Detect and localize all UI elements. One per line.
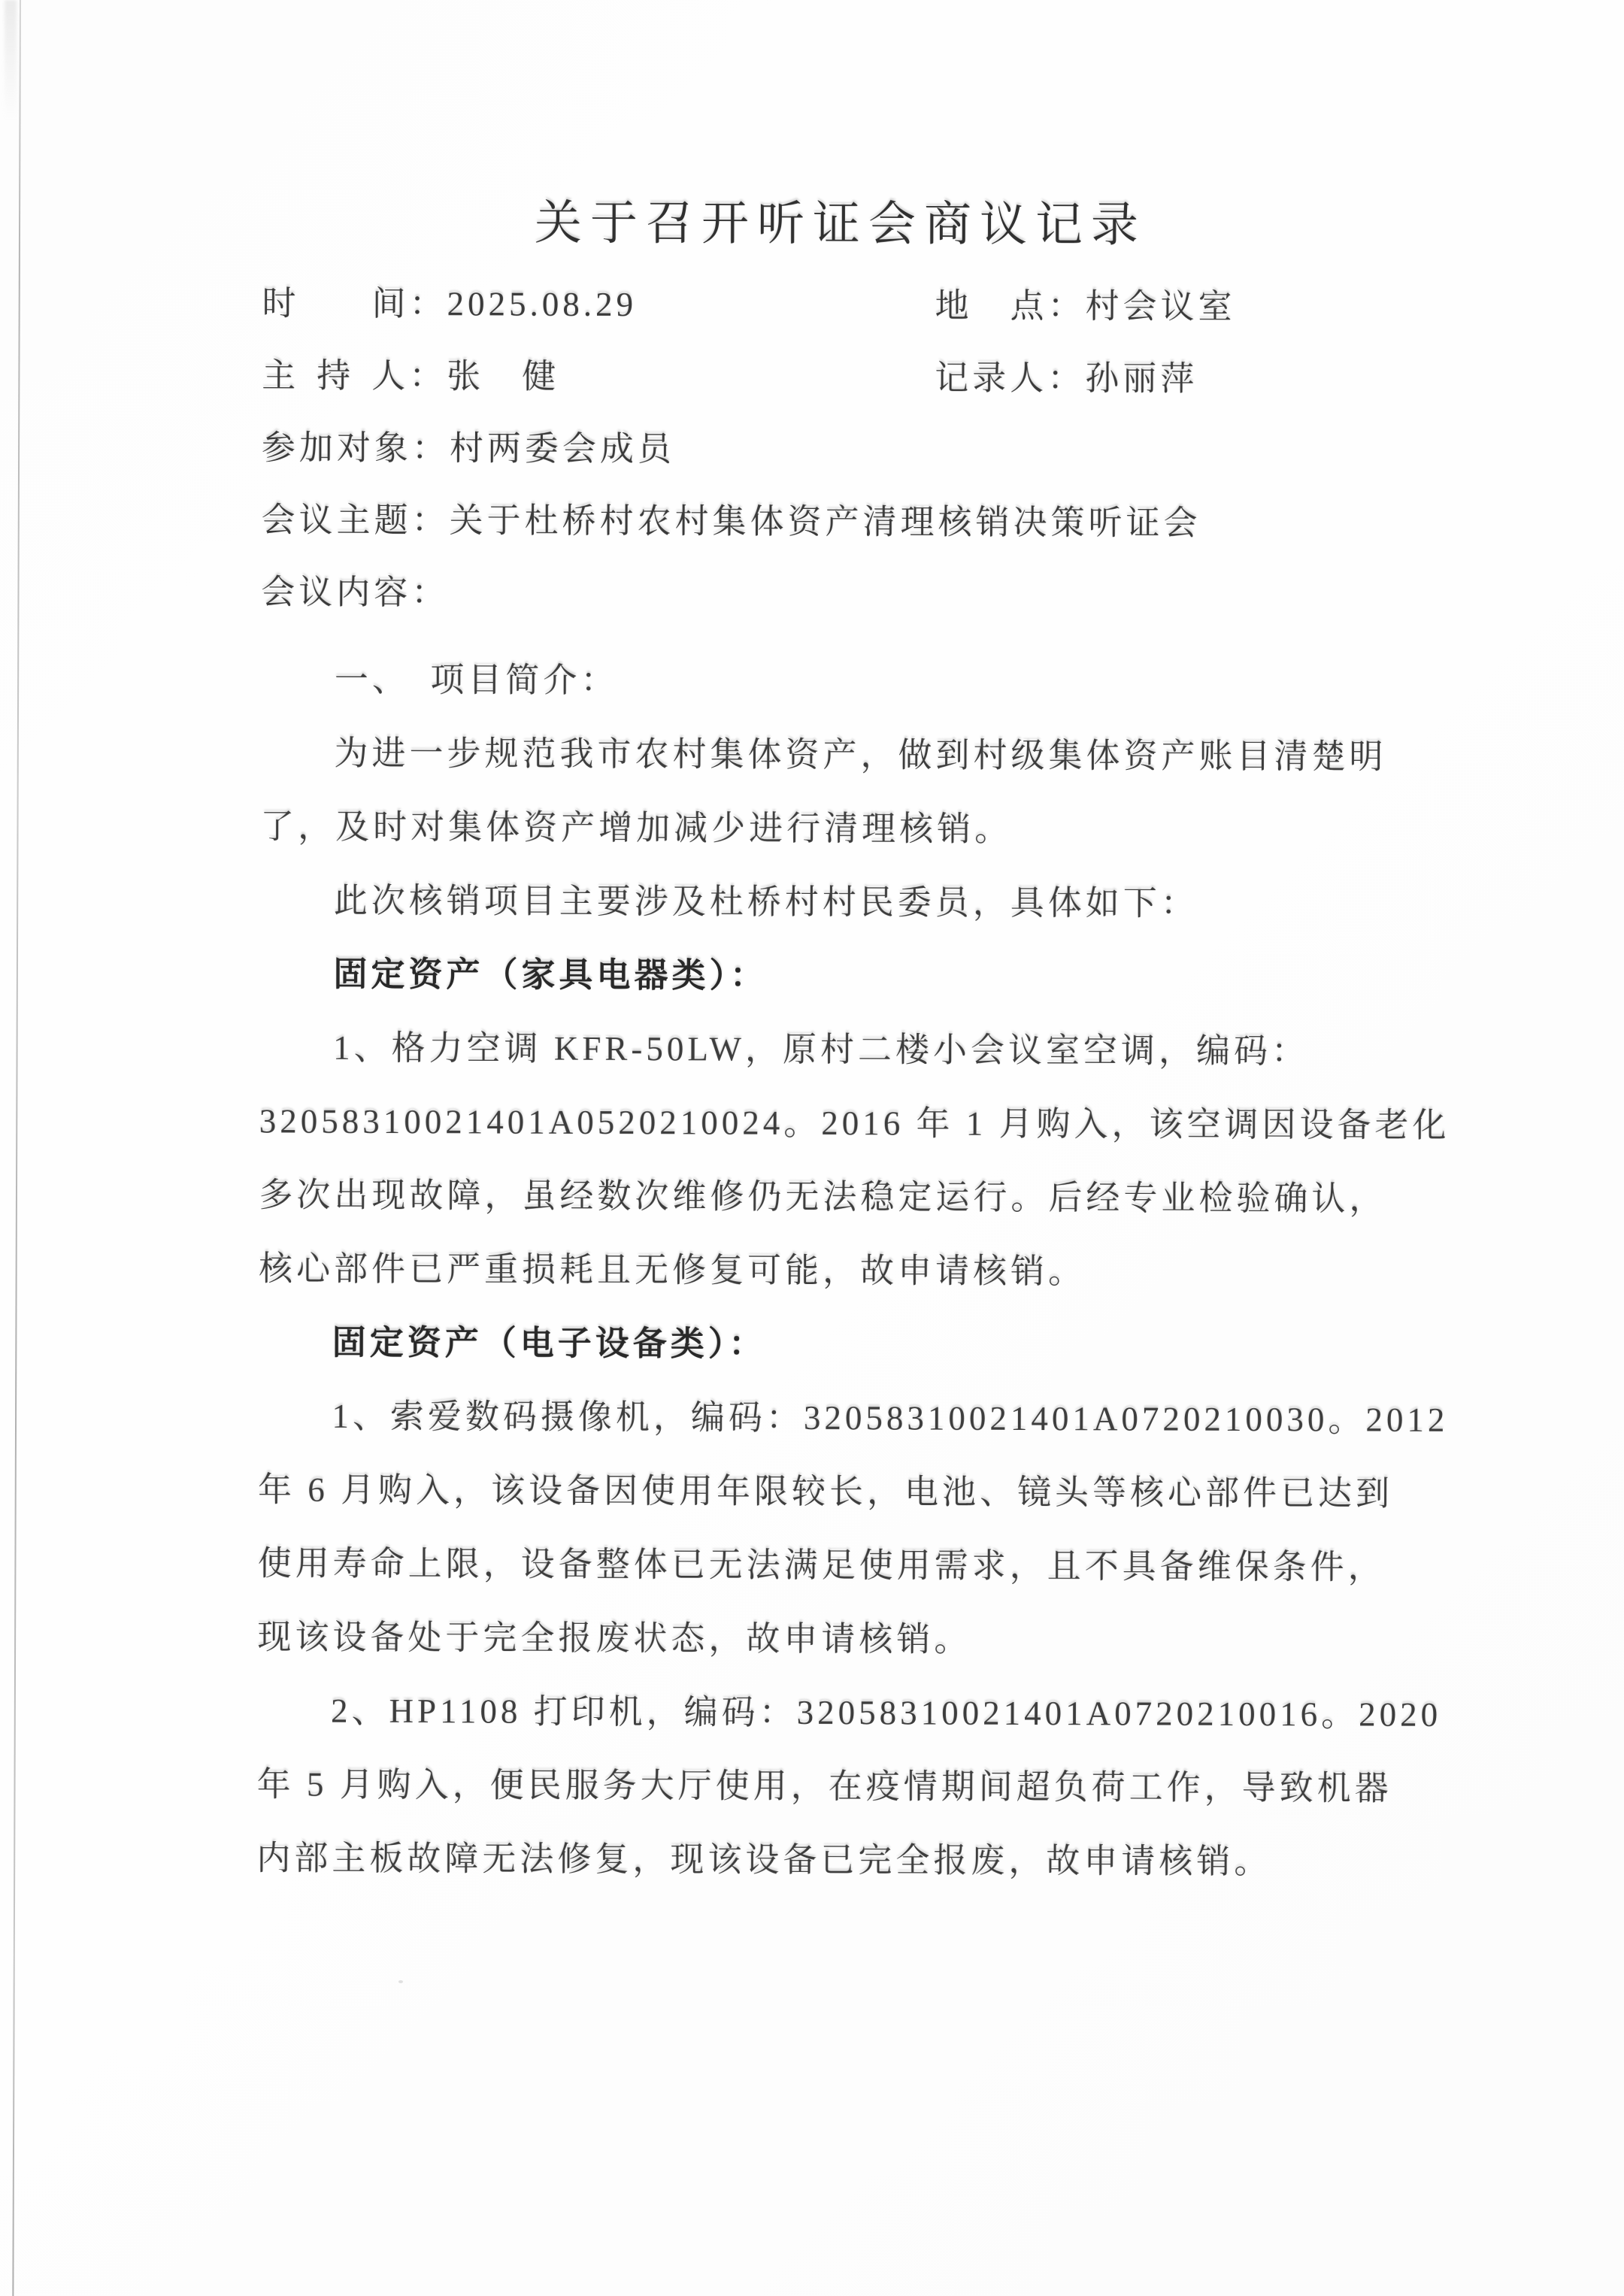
body-line: 32058310021401A0520210024。2016 年 1 月购入，该… — [259, 1084, 1477, 1162]
participants-value: 村两委会成员 — [450, 429, 675, 468]
body-line: 此次核销项目主要涉及杜桥村村民委员，具体如下： — [260, 863, 1478, 941]
body-line: 一、 项目简介： — [261, 642, 1479, 720]
host-field: 主持人：张 健 — [262, 356, 559, 395]
place-value: 村会议室 — [1086, 287, 1236, 326]
subject-value: 关于杜桥村农村集体资产清理核销决策听证会 — [450, 501, 1201, 541]
subject-colon: ： — [412, 501, 450, 539]
body-line: 2、HP1108 打印机，编码：32058310021401A072021001… — [257, 1674, 1475, 1752]
participants-field: 参加对象：村两委会成员 — [262, 429, 675, 468]
meta-row-host-recorder: 主持人：张 健 记录人：孙丽萍 — [262, 339, 1480, 416]
subject-label: 会议主题 — [261, 501, 411, 539]
body-line: 1、索爱数码摄像机，编码：32058310021401A0720210030。2… — [258, 1379, 1476, 1457]
place-field: 地点：村会议室 — [935, 270, 1235, 343]
content-field: 会议内容： — [261, 573, 449, 611]
body-line: 为进一步规范我市农村集体资产，做到村级集体资产账目清楚明 — [260, 716, 1478, 794]
body-line: 年 6 月购入，该设备因使用年限较长，电池、镜头等核心部件已达到 — [258, 1452, 1476, 1531]
recorder-colon: ： — [1047, 359, 1085, 397]
recorder-field: 记录人：孙丽萍 — [935, 342, 1198, 415]
body-line: 内部主板故障无法修复，现该设备已完全报废，故申请核销。 — [256, 1821, 1474, 1899]
meta-row-time-place: 时间：2025.08.29 地点：村会议室 — [262, 267, 1480, 344]
document-title: 关于召开听证会商议记录 — [29, 195, 1624, 253]
body-line-section-header: 固定资产（家具电器类）： — [259, 937, 1477, 1015]
recorder-value: 孙丽萍 — [1085, 359, 1198, 398]
body-line: 现该设备处于完全报废状态，故申请核销。 — [257, 1600, 1475, 1678]
host-value: 张 健 — [447, 357, 559, 395]
place-label: 地点 — [935, 270, 1047, 343]
body-line: 了，及时对集体资产增加减少进行清理核销。 — [260, 789, 1478, 868]
meta-row-content-label: 会议内容： — [261, 556, 1479, 632]
body-line: 使用寿命上限，设备整体已无法满足使用需求，且不具备维保条件， — [258, 1526, 1476, 1604]
body-line: 核心部件已严重损耗且无修复可能，故申请核销。 — [259, 1231, 1477, 1310]
time-colon: ： — [409, 285, 447, 323]
recorder-label: 记录人 — [935, 359, 1047, 398]
scanned-document-page: 关于召开听证会商议记录 时间：2025.08.29 地点：村会议室 主持人：张 … — [0, 0, 1624, 2296]
time-field: 时间：2025.08.29 — [262, 284, 637, 323]
place-colon: ： — [1047, 287, 1085, 325]
meta-block: 时间：2025.08.29 地点：村会议室 主持人：张 健 记录人：孙丽萍 参加… — [261, 267, 1480, 632]
host-colon: ： — [409, 357, 447, 395]
body-line: 多次出现故障，虽经数次维修仍无法稳定运行。后经专业检验确认， — [259, 1158, 1477, 1236]
body-line: 年 5 月购入，便民服务大厅使用，在疫情期间超负荷工作，导致机器 — [257, 1747, 1475, 1825]
body-line-section-header: 固定资产（电子设备类）： — [259, 1305, 1477, 1383]
subject-field: 会议主题：关于杜桥村农村集体资产清理核销决策听证会 — [261, 501, 1201, 541]
participants-label: 参加对象 — [262, 429, 412, 467]
content-label: 会议内容 — [261, 573, 411, 611]
body-block: 一、 项目简介： 为进一步规范我市农村集体资产，做到村级集体资产账目清楚明 了，… — [256, 642, 1479, 1899]
host-label: 主持人 — [262, 339, 409, 412]
time-label: 时间 — [262, 267, 409, 340]
time-value: 2025.08.29 — [447, 285, 638, 323]
body-line: 1、格力空调 KFR-50LW，原村二楼小会议室空调，编码： — [259, 1010, 1477, 1089]
document-content: 关于召开听证会商议记录 时间：2025.08.29 地点：村会议室 主持人：张 … — [0, 0, 1624, 2296]
participants-colon: ： — [412, 429, 450, 467]
meta-row-subject: 会议主题：关于杜桥村农村集体资产清理核销决策听证会 — [261, 483, 1479, 560]
meta-row-participants: 参加对象：村两委会成员 — [262, 411, 1480, 488]
content-colon: ： — [411, 574, 449, 611]
